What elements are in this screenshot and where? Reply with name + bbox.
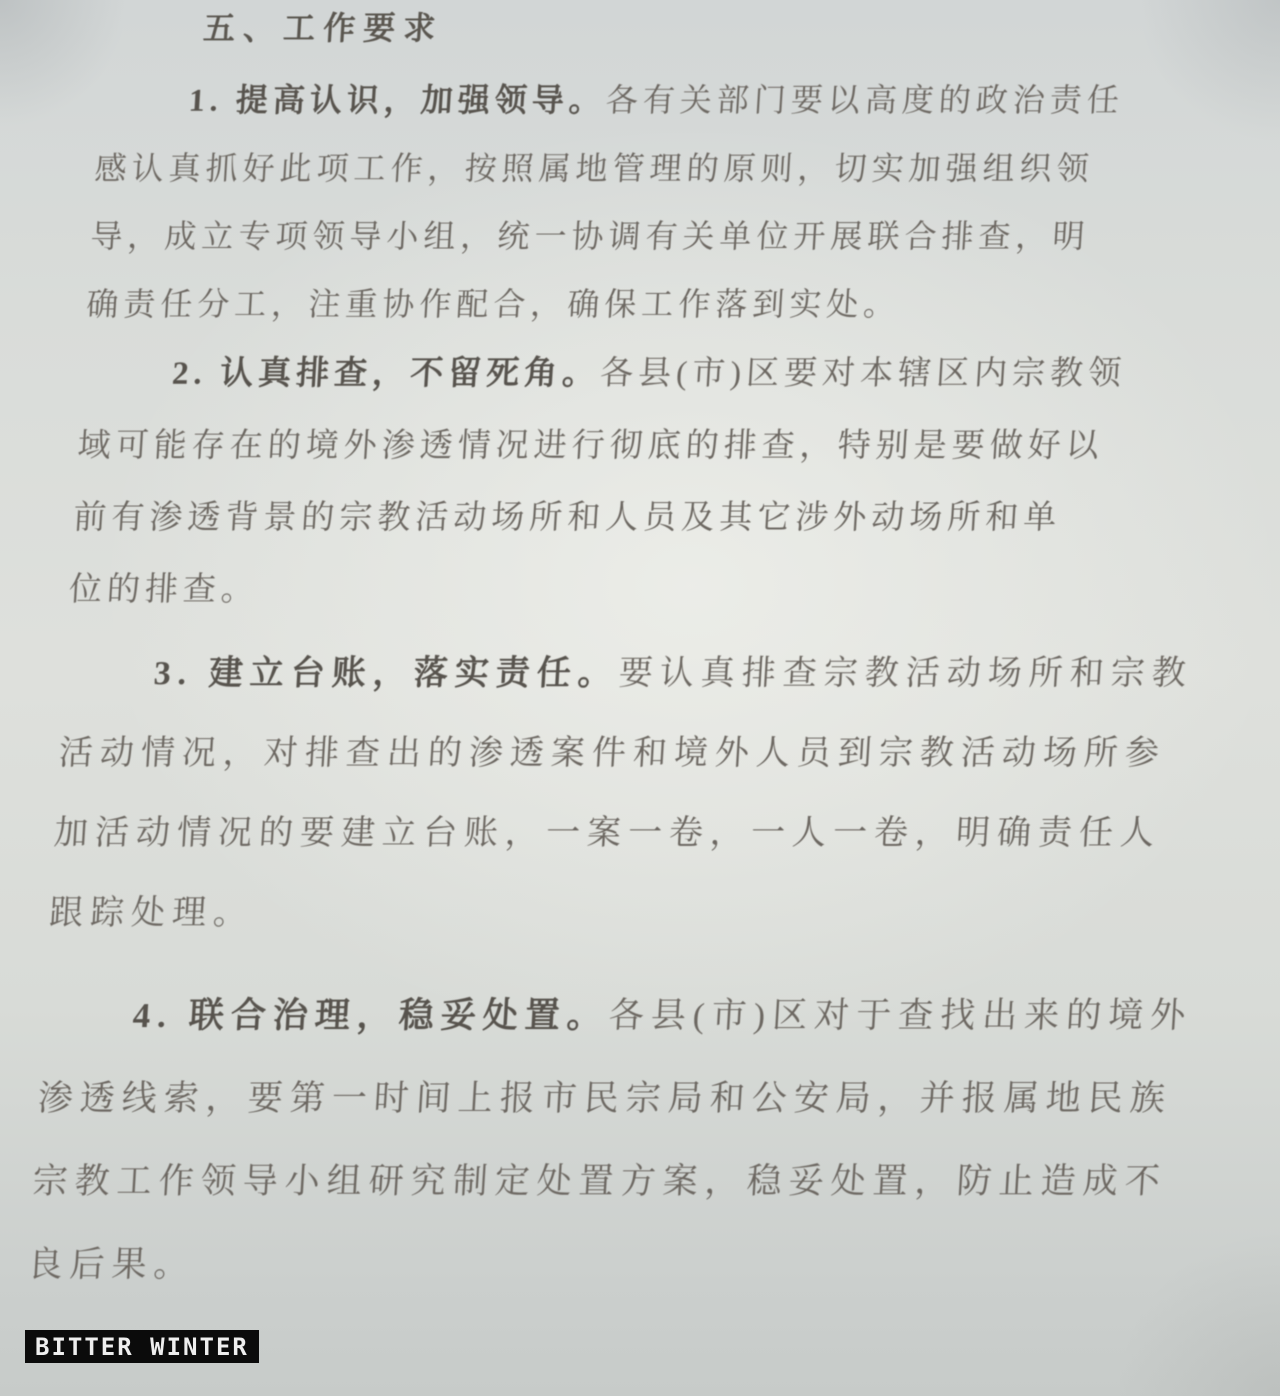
document-line: 域可能存在的境外渗透情况进行彻底的排查，特别是要做好以	[76, 410, 1255, 482]
paragraph-4-heading: 4. 联合治理，稳妥处置。	[132, 996, 610, 1035]
document-line: 1. 提高认识，加强领导。各有关部门要以高度的政治责任	[97, 66, 1276, 134]
watermark-label: BITTER WINTER	[35, 1333, 249, 1361]
line-text: 各县(市)区对于查找出来的境外	[608, 996, 1194, 1035]
section-title: 五、工作要求	[102, 8, 1279, 48]
document-line: 跟踪处理。	[47, 874, 1227, 954]
document-line: 位的排查。	[67, 554, 1246, 626]
document-text: 五、工作要求 1. 提高认识，加强领导。各有关部门要以高度的政治责任 感认真抓好…	[0, 0, 1280, 1306]
paragraph-4: 4. 联合治理，稳妥处置。各县(市)区对于查找出来的境外 渗透线索，要第一时间上…	[25, 974, 1220, 1306]
line-text: 各有关部门要以高度的政治责任	[605, 82, 1125, 118]
document-line: 加活动情况的要建立台账，一案一卷，一人一卷，明确责任人	[52, 794, 1232, 874]
paragraph-3-heading: 3. 建立台账，落实责任。	[153, 655, 620, 692]
document-line: 2. 认真排查，不留死角。各县(市)区要对本辖区内宗教领	[80, 338, 1259, 410]
line-text: 要认真排查宗教活动场所和宗教	[618, 655, 1194, 692]
document-line: 3. 建立台账，落实责任。要认真排查宗教活动场所和宗教	[61, 634, 1241, 714]
document-line: 良后果。	[25, 1223, 1205, 1306]
line-text: 各县(市)区要对本辖区内宗教领	[599, 356, 1127, 392]
document-line: 宗教工作领导小组研究制定处置方案，稳妥处置，防止造成不	[30, 1140, 1210, 1223]
document-line: 导，成立专项领导小组，统一协调有关单位开展联合排查，明	[88, 202, 1267, 270]
document-line: 前有渗透背景的宗教活动场所和人员及其它涉外动场所和单	[71, 482, 1250, 554]
paragraph-1: 1. 提高认识，加强领导。各有关部门要以高度的政治责任 感认真抓好此项工作，按照…	[84, 66, 1276, 338]
document-line: 4. 联合治理，稳妥处置。各县(市)区对于查找出来的境外	[40, 974, 1220, 1057]
bitter-winter-watermark: BITTER WINTER	[25, 1330, 259, 1363]
document-line: 确责任分工，注重协作配合，确保工作落到实处。	[84, 270, 1263, 338]
paragraph-2-heading: 2. 认真排查，不留死角。	[171, 356, 601, 392]
paragraph-3: 3. 建立台账，落实责任。要认真排查宗教活动场所和宗教 活动情况，对排查出的渗透…	[47, 634, 1242, 954]
document-line: 感认真抓好此项工作，按照属地管理的原则，切实加强组织领	[93, 134, 1272, 202]
paragraph-2: 2. 认真排查，不留死角。各县(市)区要对本辖区内宗教领 域可能存在的境外渗透情…	[67, 338, 1260, 626]
paragraph-1-heading: 1. 提高认识，加强领导。	[188, 82, 607, 118]
document-line: 渗透线索，要第一时间上报市民宗局和公安局，并报属地民族	[35, 1057, 1215, 1140]
document-line: 活动情况，对排查出的渗透案件和境外人员到宗教活动场所参	[56, 714, 1236, 794]
